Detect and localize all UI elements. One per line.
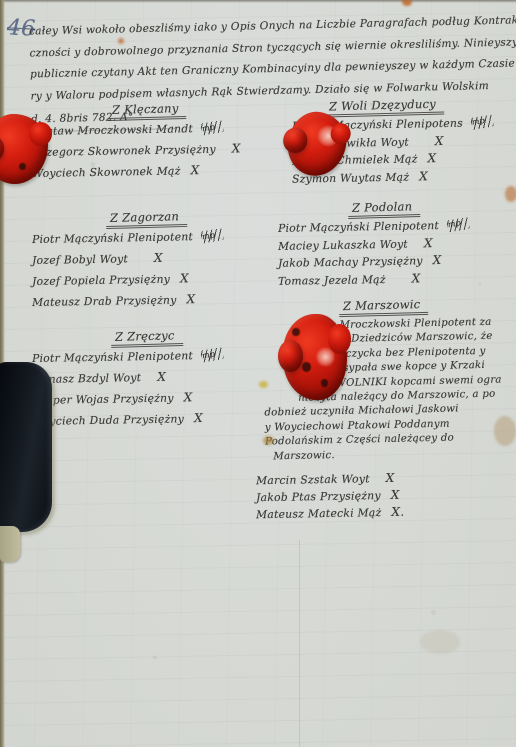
signatory-name: Tomasz Jezela Mąż [278,272,386,287]
signature-x-mark: X [435,132,444,150]
signature-row: Woyciech Duda PrzysiężnyX [32,407,262,432]
signature-row: Mateusz Drab PrzysiężnyX [32,288,262,313]
section-header: Z Marszowic [339,297,429,313]
signature-x-mark: X [433,252,442,270]
signature-x-mark: X [194,408,203,428]
signature-x-mark: X [183,387,192,407]
signature-x-mark: X. [391,504,404,520]
signatory-name: Jozef Bobyl Woyt [32,252,128,267]
signature-x-mark: X [412,270,421,288]
seal-dark-fleck [292,328,300,337]
seal-dark-fleck [302,362,311,372]
section-header: Z Woli Dzęzyducy [324,96,443,113]
signature-x-mark: X [190,160,199,180]
seal-highlight [316,347,335,368]
signature-x-mark: X [180,268,189,288]
section-header: Z Podolan [348,199,421,215]
section-zagorzan: Z Zagorzan Piotr Mączyński Plenipotentmp… [32,210,262,311]
marszowice-signatures: Marcin Szstak WoytX Jakob Ptas Przysiężn… [256,470,512,521]
signature-x-mark: X [232,138,241,158]
signatory-name: Grzegorz Skowronek Przysiężny [32,143,216,159]
signatory-name: Kasper Wojas Przysiężny [32,392,174,407]
signatory-name: Marcin Szstak Woyt [256,472,370,487]
signatory-name: Mateusz Matecki Mąż [256,506,382,521]
signatory-name: Piotr Mączyński Plenipotent [32,230,193,246]
signature-row: Woyciech Skowronek MążX [32,159,262,184]
section-zreczyce: Z Zręczyc Piotr Mączyński Plenipotentmp … [32,329,262,430]
signatory-name: Woyciech Duda Przysiężny [32,412,184,428]
manu-propria-flourish: mp [200,347,224,362]
left-column: Z Klęczany Cestaw Mroczkowski Mandtmp Gr… [32,102,262,430]
seal-highlight [316,124,341,149]
signature-x-mark: X [427,150,436,168]
fold-line [299,540,300,747]
signature-x-mark: X [386,470,395,486]
section-kleczany: Z Klęczany Cestaw Mroczkowski Mandtmp Gr… [32,102,262,182]
signatory-name: Jozef Popiela Przysiężny [32,273,170,288]
manu-propria-flourish: mp [200,120,224,135]
signatory-name: Woyciech Skowronek Mąż [32,164,181,180]
signatory-name: Jakob Machay Przysiężny [278,254,423,270]
signature-x-mark: X [424,235,433,253]
manu-propria-flourish: mp [446,217,470,232]
signature-x-mark: X [154,248,163,268]
wax-seal [283,314,347,400]
book-clasp [0,362,52,532]
signature-row: Mateusz Matecki MążX. [256,502,512,523]
seal-dark-fleck [321,379,327,387]
signature-x-mark: X [157,367,166,387]
section-header: Z Klęczany [108,101,187,117]
section-header: Z Zręczyc [111,328,183,344]
signatory-name: Piotr Mączyński Plenipotent [32,349,193,365]
signatory-name: Piotr Mączyński Plenipotent [278,219,439,235]
seal-dark-fleck [19,163,25,170]
section-podolany: Z Podolan Piotr Mączyński Plenipotentmp … [256,200,512,288]
section-header: Z Zagorzan [106,209,187,225]
book-clasp-strap [0,526,20,562]
signatory-name: Mateusz Drab Przysiężny [32,293,177,309]
manu-propria-flourish: mp [200,228,224,243]
signature-x-mark: X [186,289,195,309]
scan-top-edge [0,0,516,3]
stain [420,630,460,654]
signatory-name: Jakob Ptas Przysiężny [256,489,381,504]
manuscript-page: 46 całey Wsi wokoło obeszliśmy iako y Op… [0,0,516,747]
manu-propria-flourish: mp [470,115,494,130]
signature-x-mark: X [419,168,428,186]
signature-x-mark: X [391,487,400,503]
signatory-name: Cestaw Mroczkowski Mandt [32,122,193,138]
signatory-name: Maciey Lukaszka Woyt [278,237,408,252]
